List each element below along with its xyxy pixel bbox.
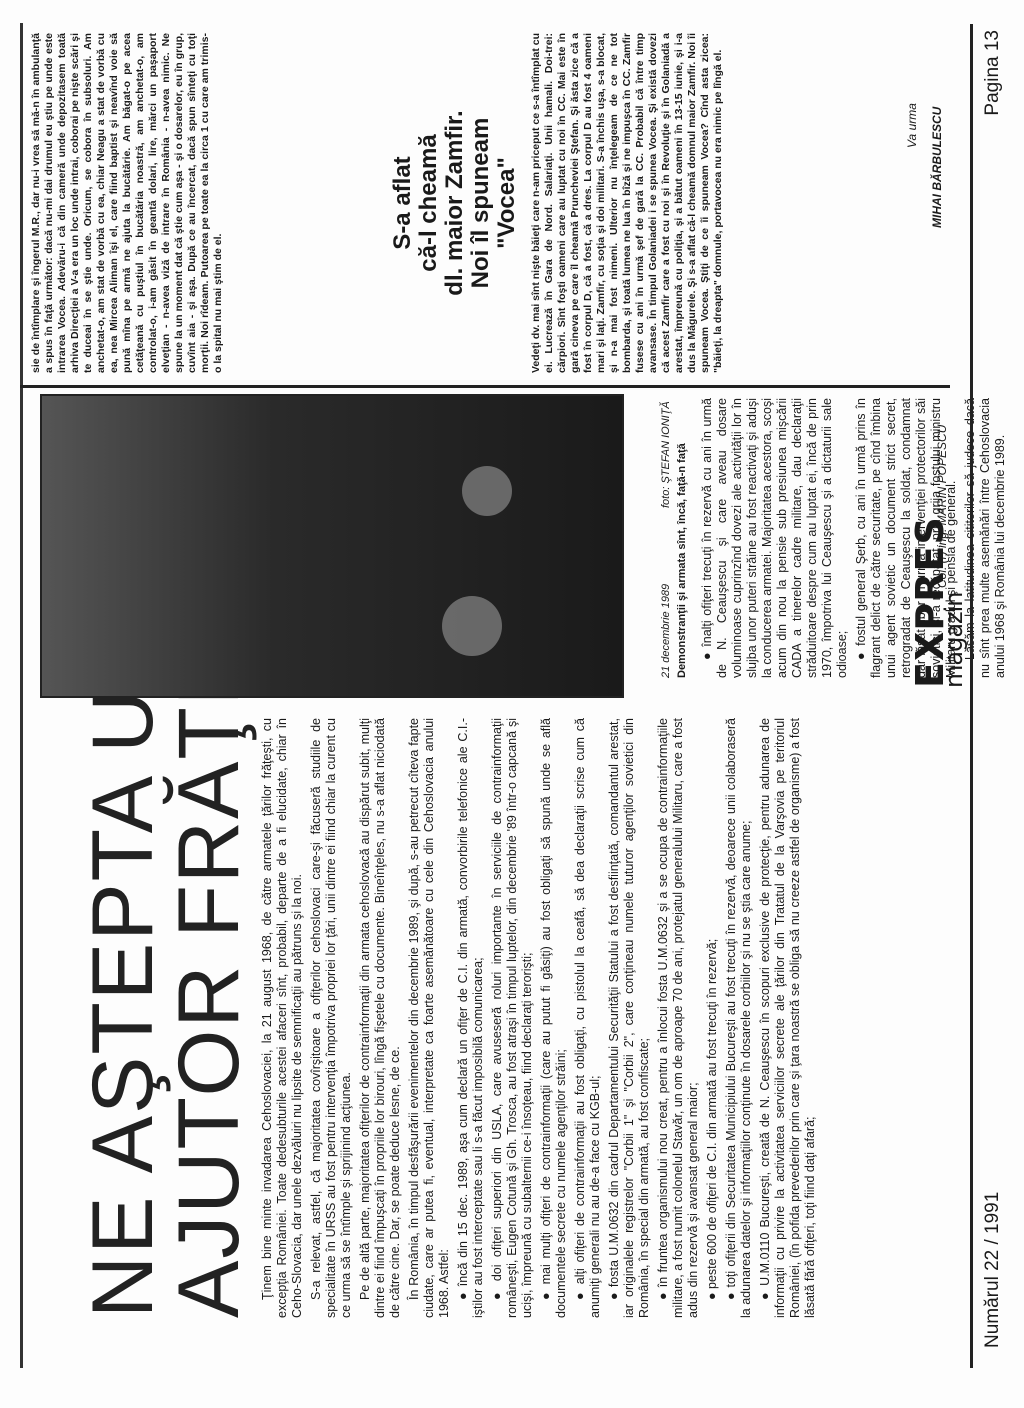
sidebar-subheading: S-a aflat că-l cheamă dl. maior Zamfir. … xyxy=(390,33,520,373)
sidebar-body: Vedeţi dv. mai sînt nişte băieţi care n-… xyxy=(530,33,725,373)
sidebar-author: MIHAI BĂRBULESCU xyxy=(930,107,944,228)
photo-figure xyxy=(462,466,512,516)
paragraph: ● încă din 15 dec. 1989, aşa cum declară… xyxy=(456,718,486,1318)
paragraph: ● peste 600 de ofiţeri de C.I. din armat… xyxy=(705,718,720,1318)
paragraph: ● U.M.0110 Bucureşti, creată de N. Ceauş… xyxy=(758,718,818,1318)
paragraph: S-a relevat, astfel, că majoritatea covî… xyxy=(309,718,354,1318)
subhead-line: că-l cheamă xyxy=(416,33,442,373)
page-rule xyxy=(970,24,973,1368)
photo-date: 21 decembrie 1989 xyxy=(660,584,672,678)
photo-figure xyxy=(442,596,502,656)
paragraph: ● toţi ofiţerii din Securitatea Municipi… xyxy=(724,718,754,1318)
paragraph: Pe de altă parte, majoritatea ofiţerilor… xyxy=(358,718,403,1318)
photo-caption: Demonstranţii şi armata sînt, încă, faţă… xyxy=(676,443,688,678)
page-number: Pagina 13 xyxy=(982,30,1004,116)
paragraph: ● fosta U.M.0632 din cadrul Departamentu… xyxy=(607,718,652,1318)
issue-number: Numărul 22 / 1991 xyxy=(982,1192,1004,1348)
paragraph: ● în fruntea organismului nou creat, pen… xyxy=(656,718,701,1318)
publication-logo: EXPRES magazin xyxy=(915,516,965,688)
article-body: Ţinem bine minte invadarea Cehoslovaciei… xyxy=(260,718,822,1318)
paragraph: ● înalţi ofiţeri trecuţi în rezervă cu a… xyxy=(700,398,850,678)
subhead-line: S-a aflat xyxy=(390,33,416,373)
paragraph: ● mai mulţi ofiţeri de contrainformaţii … xyxy=(539,718,569,1318)
subhead-line: "Vocea" xyxy=(494,33,520,373)
newspaper-page: NE AŞTEPTA UN AJUTOR FRĂŢESC Ţinem bine … xyxy=(0,0,1024,1408)
subhead-line: dl. maior Zamfir. xyxy=(442,33,468,373)
paragraph: În România, în timpul desfăşurării eveni… xyxy=(407,718,452,1318)
column-divider xyxy=(20,385,950,388)
to-be-continued: Va urma xyxy=(905,103,919,148)
sidebar-top-text: sie de întîmplare şi îngerul M.R., dar n… xyxy=(30,33,225,373)
news-photo xyxy=(40,394,624,698)
subhead-line: Noi îl spuneam xyxy=(468,33,494,373)
paragraph: ● alţi ofiţeri de contrainformaţii au fo… xyxy=(573,718,603,1318)
paragraph: ● doi ofiţeri superiori din USLA, care a… xyxy=(490,718,535,1318)
photo-credit: foto: ŞTEFAN IONIŢĂ xyxy=(660,401,672,508)
paragraph: Ţinem bine minte invadarea Cehoslovaciei… xyxy=(260,718,305,1318)
